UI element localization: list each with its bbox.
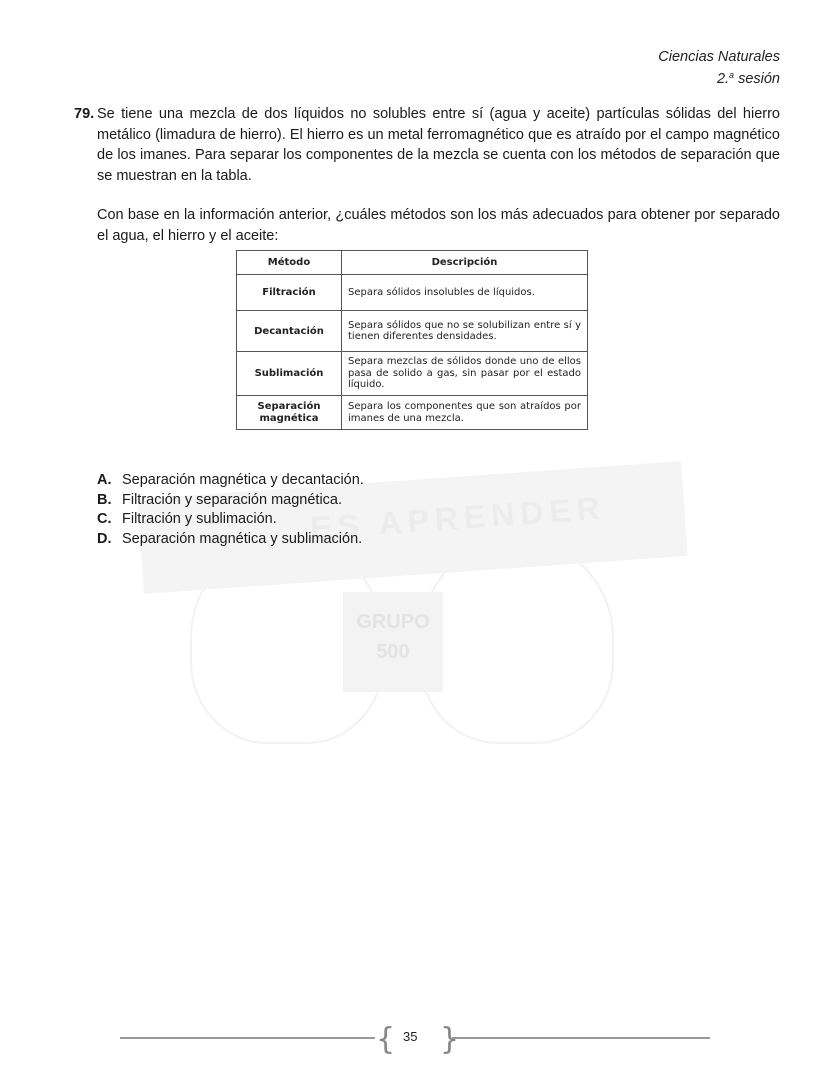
table-row: Sublimación Separa mezclas de sólidos do… xyxy=(237,352,588,396)
option-letter: B. xyxy=(97,491,122,511)
method-cell: Sublimación xyxy=(237,352,342,396)
table-row: Filtración Separa sólidos insolubles de … xyxy=(237,275,588,311)
option-letter: D. xyxy=(97,530,122,550)
method-cell: Filtración xyxy=(237,275,342,311)
table-row: Separación magnética Separa los componen… xyxy=(237,396,588,430)
answer-options: A. Separación magnética y decantación. B… xyxy=(97,471,364,549)
watermark-logo: GRUPO 500 xyxy=(343,592,443,692)
description-cell: Separa los componentes que son atraídos … xyxy=(342,396,588,430)
option-text: Separación magnética y decantación. xyxy=(122,471,364,491)
footer-rule-right xyxy=(452,1037,710,1039)
footer-brace-right: } xyxy=(440,1022,459,1057)
page-footer: { 35 } xyxy=(120,1020,710,1056)
option-text: Separación magnética y sublimación. xyxy=(122,530,362,550)
question-number: 79. xyxy=(74,104,94,125)
option-d[interactable]: D. Separación magnética y sublimación. xyxy=(97,530,364,550)
method-cell: Decantación xyxy=(237,311,342,352)
option-text: Filtración y sublimación. xyxy=(122,510,277,530)
method-cell: Separación magnética xyxy=(237,396,342,430)
option-b[interactable]: B. Filtración y separación magnética. xyxy=(97,491,364,511)
option-c[interactable]: C. Filtración y sublimación. xyxy=(97,510,364,530)
question-79: 79. Se tiene una mezcla de dos líquidos … xyxy=(74,104,780,246)
watermark-skull-left xyxy=(190,540,384,744)
option-letter: C. xyxy=(97,510,122,530)
table-header-row: Método Descripción xyxy=(237,251,588,275)
header-description: Descripción xyxy=(342,251,588,275)
page-header: Ciencias Naturales 2.a sesión xyxy=(658,48,780,88)
watermark: ES APRENDER GRUPO 500 xyxy=(130,420,710,750)
session-label: 2.a sesión xyxy=(658,66,780,88)
watermark-logo-line1: GRUPO xyxy=(343,607,443,637)
session-number: 2. xyxy=(717,71,729,87)
option-letter: A. xyxy=(97,471,122,491)
subject-title: Ciencias Naturales xyxy=(658,48,780,66)
description-cell: Separa sólidos insolubles de líquidos. xyxy=(342,275,588,311)
session-word: sesión xyxy=(734,71,780,87)
watermark-logo-line2: 500 xyxy=(343,637,443,667)
question-prompt: Con base en la información anterior, ¿cu… xyxy=(97,205,780,246)
page-number: 35 xyxy=(403,1029,417,1044)
option-a[interactable]: A. Separación magnética y decantación. xyxy=(97,471,364,491)
description-cell: Separa mezclas de sólidos donde uno de e… xyxy=(342,352,588,396)
option-text: Filtración y separación magnética. xyxy=(122,491,342,511)
footer-rule-left xyxy=(120,1037,375,1039)
separation-methods-table: Método Descripción Filtración Separa sól… xyxy=(236,250,588,430)
footer-brace-left: { xyxy=(376,1022,395,1057)
watermark-skull-right xyxy=(420,540,614,744)
header-method: Método xyxy=(237,251,342,275)
table-row: Decantación Separa sólidos que no se sol… xyxy=(237,311,588,352)
description-cell: Separa sólidos que no se solubilizan ent… xyxy=(342,311,588,352)
question-statement: Se tiene una mezcla de dos líquidos no s… xyxy=(97,104,780,186)
